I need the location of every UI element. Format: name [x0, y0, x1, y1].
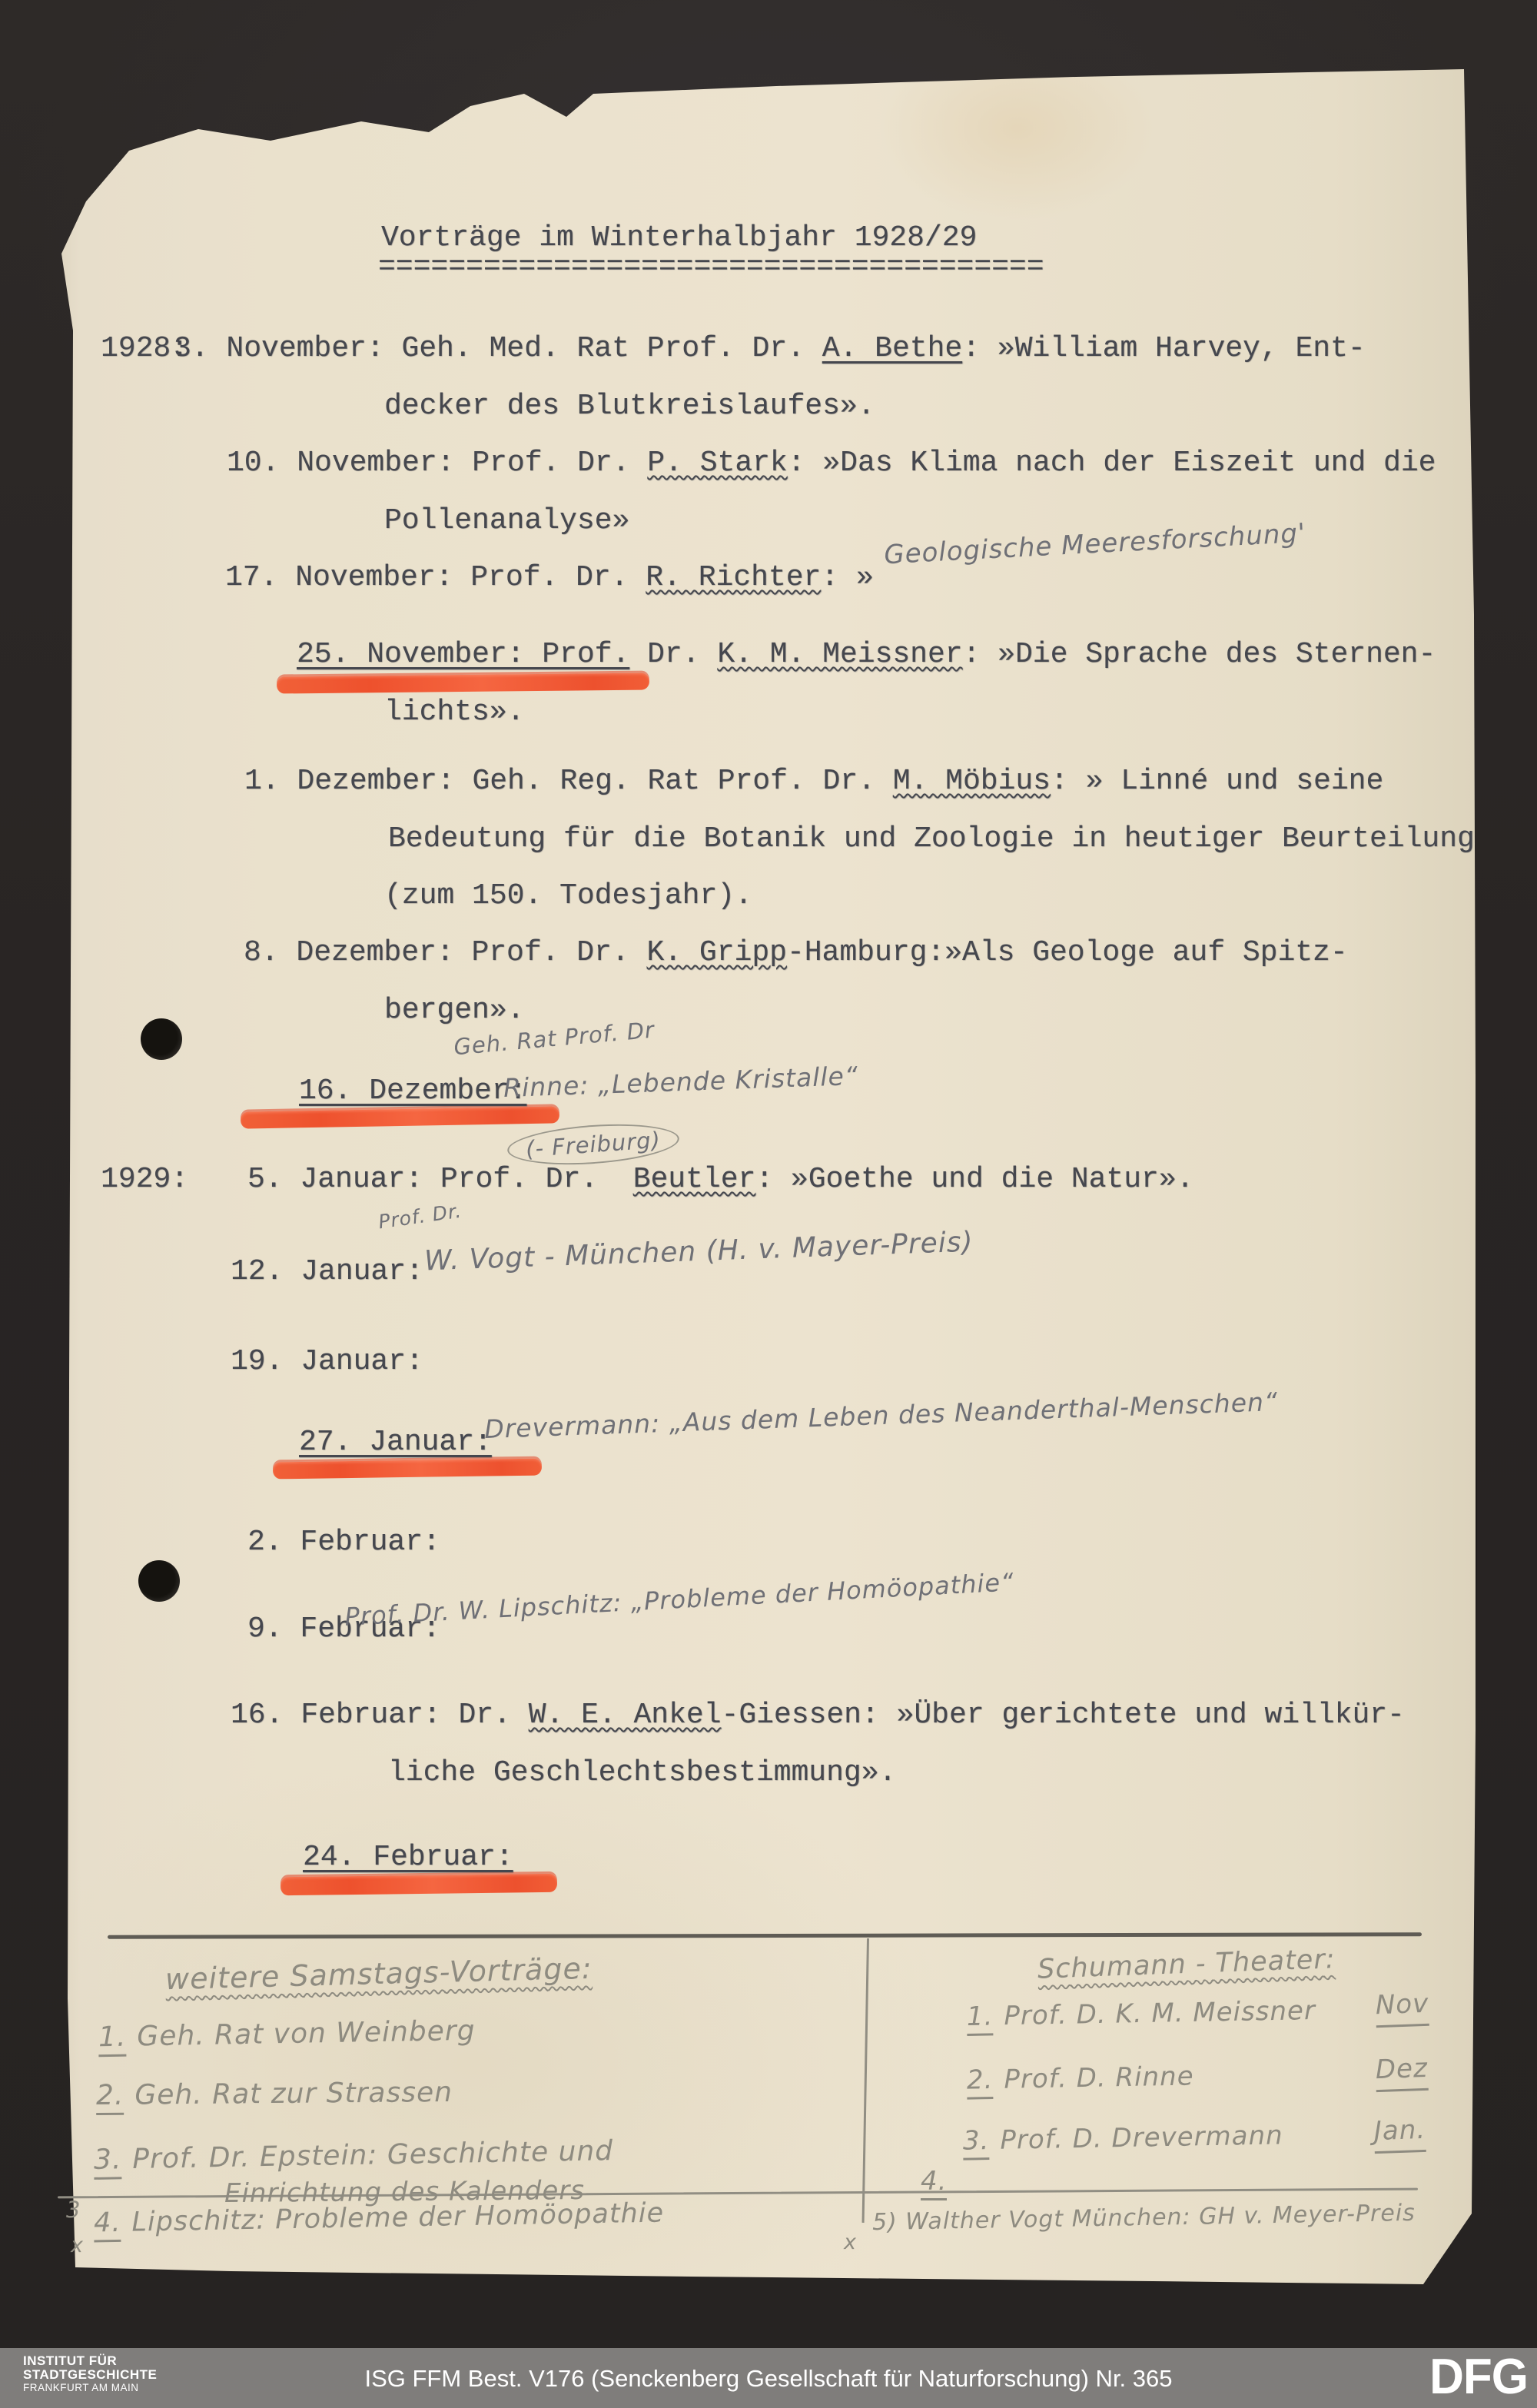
title-text: Vorträge im Winterhalbjahr 1928/29	[381, 221, 977, 254]
entry-jan5: 5. Januar: Prof. Dr. Beutler: »Goethe un…	[247, 1163, 1193, 1197]
entry-jan27: 27. Januar:	[299, 1426, 492, 1460]
entry-feb2: 2. Februar:	[247, 1526, 440, 1559]
wavy-underlined-name: Beutler	[633, 1163, 756, 1196]
hole-punch-top	[141, 1018, 182, 1060]
entry-nov3-cont: decker des Blutkreislaufes».	[384, 390, 875, 423]
entry-nov10-cont: Pollenanalyse»	[384, 504, 629, 538]
notes-right-x-mark: x	[844, 2230, 857, 2254]
wavy-underlined-name: K. Gripp	[647, 936, 787, 969]
title-underline: ======================================	[378, 251, 1044, 284]
entry-nov25: 25. November: Prof. Dr. K. M. Meissner: …	[297, 638, 1436, 672]
red-underline	[281, 1874, 557, 1895]
dfg-logo: DFG	[1429, 2348, 1528, 2406]
notes-right-month: Dez	[1375, 2053, 1429, 2092]
notes-left-item: 1.Geh. Rat von Weinberg	[98, 2015, 476, 2058]
wavy-underlined-name: W. E. Ankel	[529, 1699, 722, 1732]
wavy-underlined-name: K. M. Meissner	[717, 638, 962, 671]
red-marked-date: 24. Februar:	[303, 1841, 513, 1874]
entry-nov17: 17. November: Prof. Dr. R. Richter: »	[225, 561, 874, 595]
notes-right-item: 2.Prof. D. Rinne	[967, 2061, 1194, 2099]
title-underline-text: ======================================	[378, 251, 1044, 284]
underlined-name: A. Bethe	[822, 332, 962, 365]
red-marked-date: 16. Dezember:	[299, 1074, 526, 1108]
entry-dez1: 1. Dezember: Geh. Reg. Rat Prof. Dr. M. …	[244, 765, 1383, 799]
notes-right-month: Nov	[1375, 1988, 1429, 2028]
notes-left-item: 2.Geh. Rat zur Strassen	[96, 2077, 453, 2115]
archive-footer-bar: INSTITUT FÜR STADTGESCHICHTE FRANKFURT A…	[0, 2348, 1537, 2408]
entry-jan12: 12. Januar:	[231, 1255, 423, 1289]
entry-dez1-cont2: (zum 150. Todesjahr).	[384, 879, 752, 913]
entry-dez1-cont1: Bedeutung für die Botanik und Zoologie i…	[388, 822, 1475, 856]
notes-right-item: 3.Prof. D. Drevermann	[963, 2120, 1283, 2160]
red-marked-date: 27. Januar:	[299, 1426, 492, 1459]
wavy-underlined-name: M. Möbius	[893, 765, 1051, 798]
notes-right-item: 1.Prof. D. K. M. Meissner	[967, 1995, 1316, 2036]
entry-dez8-cont: bergen».	[384, 994, 524, 1028]
archival-scan: Vorträge im Winterhalbjahr 1928/29 =====…	[0, 0, 1537, 2408]
year-label-1929: 1929:	[101, 1163, 188, 1197]
notes-left-side-mark: 3	[66, 2197, 81, 2223]
entry-feb16: 16. Februar: Dr. W. E. Ankel-Giessen: »Ü…	[231, 1699, 1405, 1732]
archive-citation: ISG FFM Best. V176 (Senckenberg Gesellsc…	[0, 2365, 1537, 2393]
entry-nov10: 10. November: Prof. Dr. P. Stark: »Das K…	[227, 447, 1436, 480]
entry-feb16-cont: liche Geschlechtsbestimmung».	[388, 1756, 896, 1790]
notes-left-x-mark: x	[71, 2234, 84, 2257]
red-marked-date: 25. November: Prof.	[297, 638, 629, 671]
entry-nov25-cont: lichts».	[384, 696, 524, 729]
entry-nov3: 3. November: Geh. Med. Rat Prof. Dr. A. …	[174, 332, 1366, 366]
entry-jan19: 19. Januar:	[231, 1345, 423, 1379]
hole-punch-bottom	[138, 1560, 180, 1602]
entry-feb24: 24. Februar:	[303, 1841, 513, 1875]
wavy-underlined-name: R. Richter	[646, 561, 821, 594]
entry-dez8: 8. Dezember: Prof. Dr. K. Gripp-Hamburg:…	[244, 936, 1348, 970]
notes-right-month: Jan.	[1373, 2114, 1426, 2154]
entry-dez16: 16. Dezember:	[299, 1074, 526, 1108]
notes-right-item: 4.	[921, 2166, 958, 2200]
wavy-underlined-name: P. Stark	[647, 447, 787, 480]
